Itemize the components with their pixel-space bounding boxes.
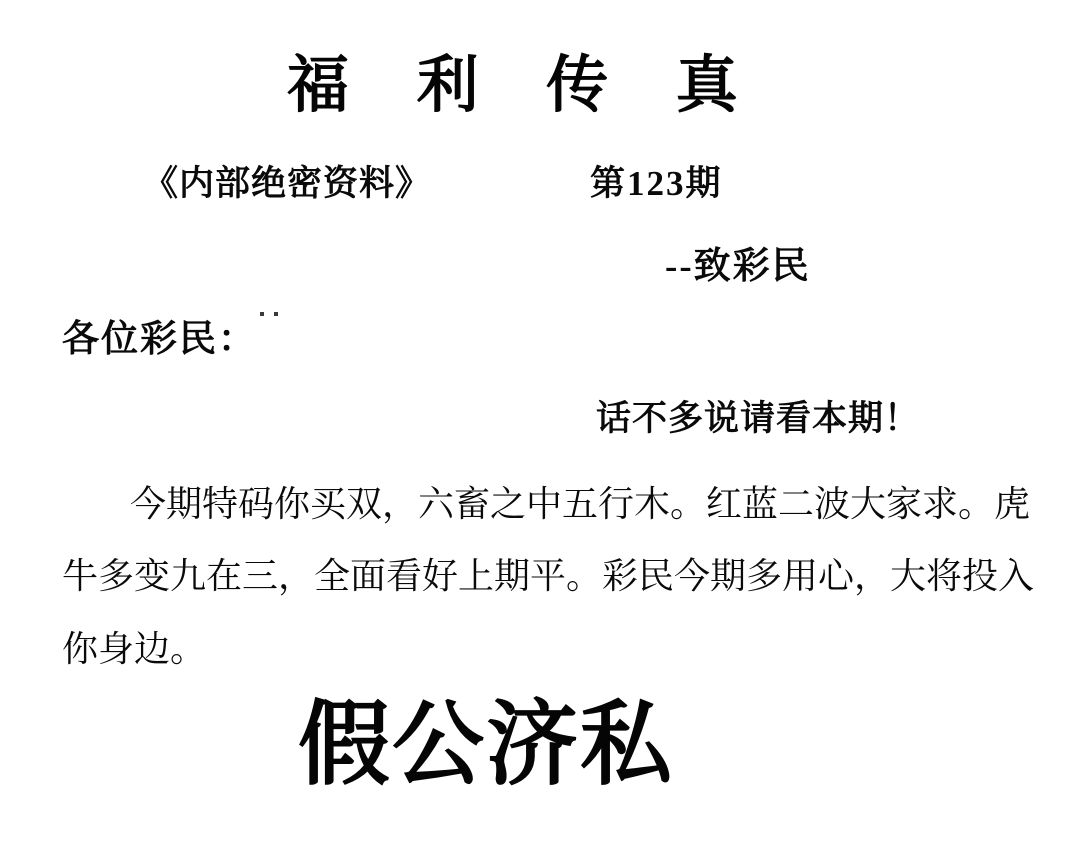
body-paragraph-line: 牛多变九在三，全面看好上期平。彩民今期多用心，大将投入 <box>62 558 1034 594</box>
page-title: 福 利 传 真 <box>287 54 746 116</box>
masthead-source-label: 《内部绝密资料》 <box>143 166 431 201</box>
body-paragraph-line: 今期特码你买双，六畜之中五行木。红蓝二波大家求。虎 <box>130 486 1030 522</box>
footer-phrase: 假公济私 <box>298 699 674 791</box>
intro-line: 话不多说请看本期！ <box>596 401 920 436</box>
dedication-line: --致彩民 <box>665 248 811 285</box>
document-page: 福 利 传 真 《内部绝密资料》 第123期 --致彩民 各位彩民： 话不多说请… <box>0 0 1080 841</box>
salutation-line: 各位彩民： <box>62 321 257 358</box>
scan-artifact-dots <box>260 312 282 317</box>
artifact-dot <box>260 312 264 316</box>
body-paragraph-line: 你身边。 <box>62 631 206 667</box>
artifact-dot <box>274 312 278 316</box>
issue-number: 第123期 <box>590 166 723 201</box>
